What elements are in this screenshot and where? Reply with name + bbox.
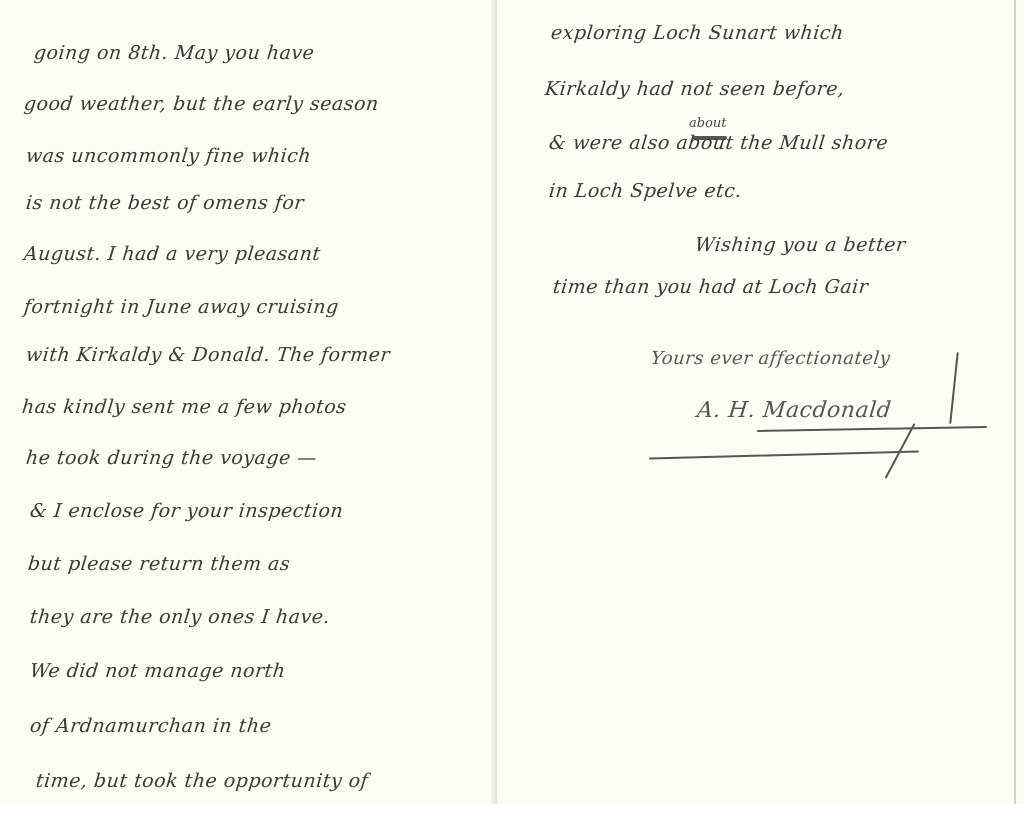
scanned-letter: going on 8th. May you have good weather,… [0, 0, 1024, 818]
letter-line: good weather, but the early season [23, 93, 380, 115]
signature-underline [649, 450, 919, 459]
signature-underline [757, 426, 987, 432]
letter-line: with Kirkaldy & Donald. The former [25, 344, 391, 366]
letter-line: is not the best of omens for [25, 192, 305, 214]
scan-margin [0, 804, 1024, 818]
letter-line: has kindly sent me a few photos [21, 396, 348, 418]
letter-line: he took during the voyage — [25, 447, 318, 469]
letter-line: in Loch Spelve etc. [548, 180, 743, 202]
signature: A. H. Macdonald [696, 398, 893, 423]
signature-flourish [949, 352, 959, 424]
letter-line: time than you had at Loch Gair [552, 276, 870, 298]
letter-closing: Yours ever affectionately [650, 348, 892, 369]
letter-line: going on 8th. May you have [33, 42, 316, 64]
inserted-word: about [689, 116, 727, 131]
letter-line: but please return them as [27, 553, 292, 575]
letter-page-left: going on 8th. May you have good weather,… [0, 0, 497, 804]
letter-line: time, but took the opportunity of [35, 770, 370, 792]
letter-line: August. I had a very pleasant [23, 243, 322, 265]
letter-page-right: exploring Loch Sunart which Kirkaldy had… [499, 0, 1016, 804]
letter-line: Kirkaldy had not seen before, [544, 78, 846, 100]
letter-line: was uncommonly fine which [25, 145, 312, 167]
letter-line: & were also about the Mull shore [548, 132, 889, 154]
letter-line: & I enclose for your inspection [29, 500, 345, 522]
letter-line: they are the only ones I have. [29, 606, 331, 628]
letter-line: exploring Loch Sunart which [550, 22, 845, 44]
letter-line: of Ardnamurchan in the [29, 715, 273, 737]
letter-line: fortnight in June away cruising [23, 296, 340, 318]
letter-line: Wishing you a better [694, 234, 907, 256]
letter-line: We did not manage north [29, 660, 287, 682]
